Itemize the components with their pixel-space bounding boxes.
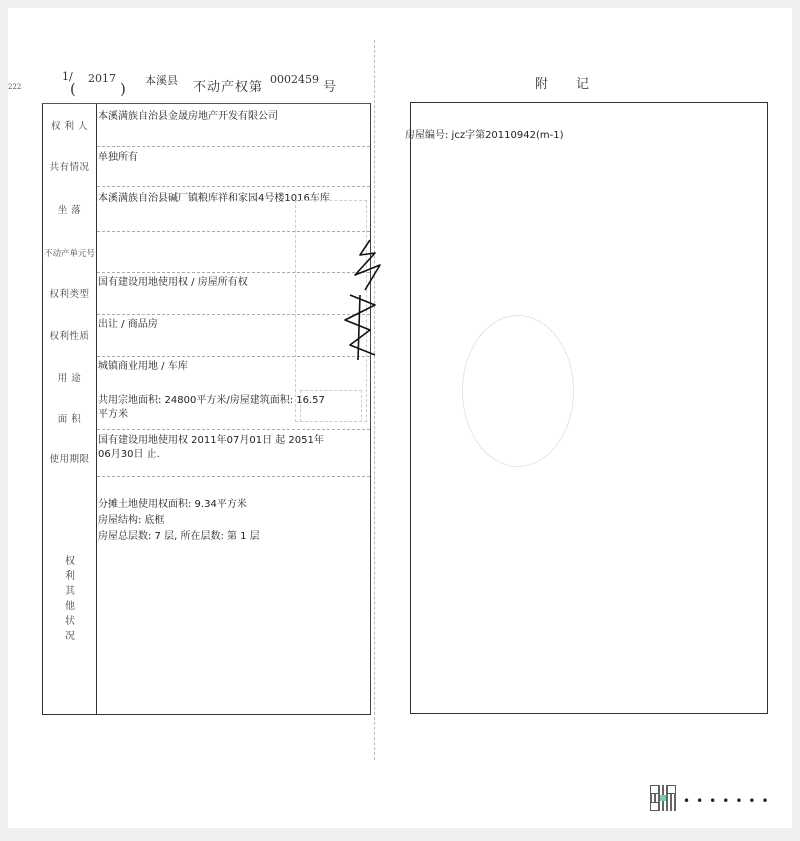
fold-line: [374, 40, 375, 760]
stamp-ghost: [300, 390, 362, 422]
row-value: 本溪满族自治县金晟房地产开发有限公司: [98, 110, 366, 124]
cert-title: 不动产权第: [193, 76, 263, 95]
row-divider: [97, 476, 370, 477]
label-char: 利: [63, 569, 77, 584]
label-char: 其: [63, 584, 77, 599]
row-value: 单独所有: [98, 151, 366, 165]
row-label: 权 利 人: [43, 118, 96, 132]
row-label: 共有情况: [43, 159, 96, 173]
cert-county: 本溪县: [145, 72, 178, 88]
label-char: 他: [63, 599, 77, 614]
dots-indicator: •••••••: [683, 794, 775, 808]
row-label: 使用期限: [43, 451, 96, 465]
cert-suffix: 号: [323, 76, 337, 95]
qr-code-icon[interactable]: [650, 785, 676, 811]
margin-mark: 222: [8, 82, 12, 92]
row-label: 权利性质: [43, 328, 96, 342]
other-rights-line: 房屋总层数: 7 层, 所在层数: 第 1 层: [98, 529, 366, 545]
annex-title: 附记: [535, 73, 617, 92]
paren-open: (: [70, 80, 76, 98]
signature-icon: [330, 235, 390, 365]
row-divider: [97, 146, 370, 147]
other-rights-line: 房屋结构: 底框: [98, 513, 366, 529]
row-divider: [97, 186, 370, 187]
row-divider: [97, 429, 370, 430]
cert-number: 0002459: [270, 73, 319, 86]
row-label: 坐 落: [43, 202, 96, 216]
cert-year: 2017: [88, 72, 116, 85]
label-char: 况: [63, 629, 77, 644]
row-value: 国有建设用地使用权 2011年07月01日 起 2051年06月30日 止.: [98, 434, 330, 462]
row-label: 面 积: [43, 411, 96, 425]
row-label: 用 途: [43, 370, 96, 384]
official-seal: [462, 315, 574, 467]
paren-close: ): [120, 80, 126, 98]
other-rights-label: 权 利 其 他 状 况: [63, 554, 77, 644]
row-label: 不动产单元号: [43, 247, 96, 259]
label-char: 权: [63, 554, 77, 569]
label-char: 状: [63, 614, 77, 629]
column-divider: [96, 104, 97, 714]
house-number: 房屋编号: jcz字第20110942(m-1): [405, 126, 564, 141]
row-label: 权利类型: [43, 286, 96, 300]
other-rights-line: 分摊土地使用权面积: 9.34平方米: [98, 497, 366, 513]
